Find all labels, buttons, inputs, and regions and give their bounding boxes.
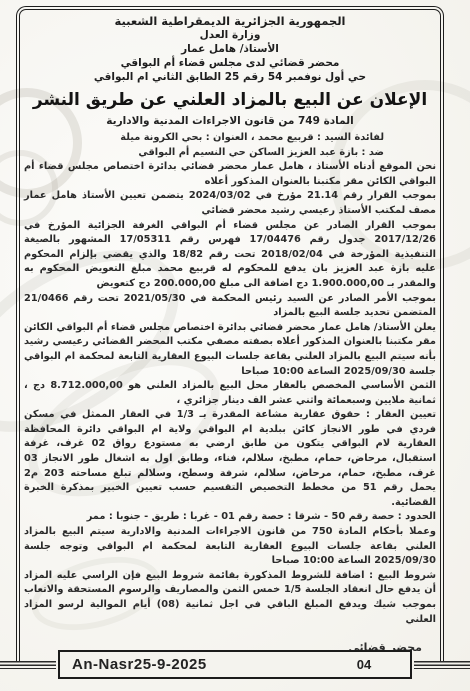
notice-body: لفائدة السيد : قربيع محمد ، العنوان : بح… (24, 131, 436, 627)
bailiff-address: حي أول نوفمبر 54 رقم 25 الطابق الثاني ام… (24, 70, 436, 84)
beneficiary-line: لفائدة السيد : قربيع محمد ، العنوان : بح… (24, 131, 436, 146)
body-paragraph: وعملا بأحكام المادة 750 من قانون الاجراء… (24, 525, 436, 569)
notice-content: الجمهورية الجزائرية الديمقراطية الشعبية … (24, 14, 436, 651)
ministry-name: وزارة العدل (24, 28, 436, 42)
newspaper-name: An-Nasr (72, 656, 134, 673)
newspaper-footer: An-Nasr 25-9-2025 04 (58, 650, 412, 679)
notice-title: الإعلان عن البيع بالمزاد العلني عن طريق … (24, 88, 436, 112)
boundaries-line: الحدود : حصة رقم 50 - شرقا : حصة رقم 01 … (24, 510, 436, 525)
property-description-paragraph: تعيين العقار : حقوق عقارية مشاعة المقدرة… (24, 408, 436, 510)
footer-rule-right (414, 661, 470, 669)
republic-name: الجمهورية الجزائرية الديمقراطية الشعبية (24, 14, 436, 28)
issue-date: 25-9-2025 (134, 656, 207, 673)
price-paragraph: الثمن الأساسي المخصص بالعقار محل البيع ب… (24, 379, 436, 408)
body-paragraph: نحن الموقع أدناه الأستاذ ، هامل عمار محض… (24, 160, 436, 189)
bailiff-title: محضر قضائي لدى مجلس قضاء أم البواقي (24, 56, 436, 70)
body-paragraph: بموجب الأمر الصادر عن السيد رئيس المحكمة… (24, 292, 436, 321)
law-article-reference: المادة 749 من قانون الاجراءات المدنية وا… (24, 114, 436, 129)
defendant-line: ضد : بازة عبد العزيز الساكن حي النسيم أم… (24, 146, 436, 161)
bailiff-name: الأستاذ/ هامل عمار (24, 42, 436, 56)
page-number: 04 (357, 657, 371, 672)
body-paragraph: بموجب القرار رقم 21.14 مؤرخ في 2024/03/0… (24, 189, 436, 218)
body-paragraph: بموجب القرار الصادر عن مجلس قضاء أم البو… (24, 219, 436, 292)
scanned-legal-notice-page: الجمهورية الجزائرية الديمقراطية الشعبية … (0, 0, 470, 691)
body-paragraph: يعلن الأستاذ/ هامل عمار محضر قضائي بدائر… (24, 321, 436, 379)
footer-rule-left (0, 661, 56, 669)
sale-conditions-paragraph: شروط البيع : اضافة للشروط المذكورة بقائم… (24, 569, 436, 627)
